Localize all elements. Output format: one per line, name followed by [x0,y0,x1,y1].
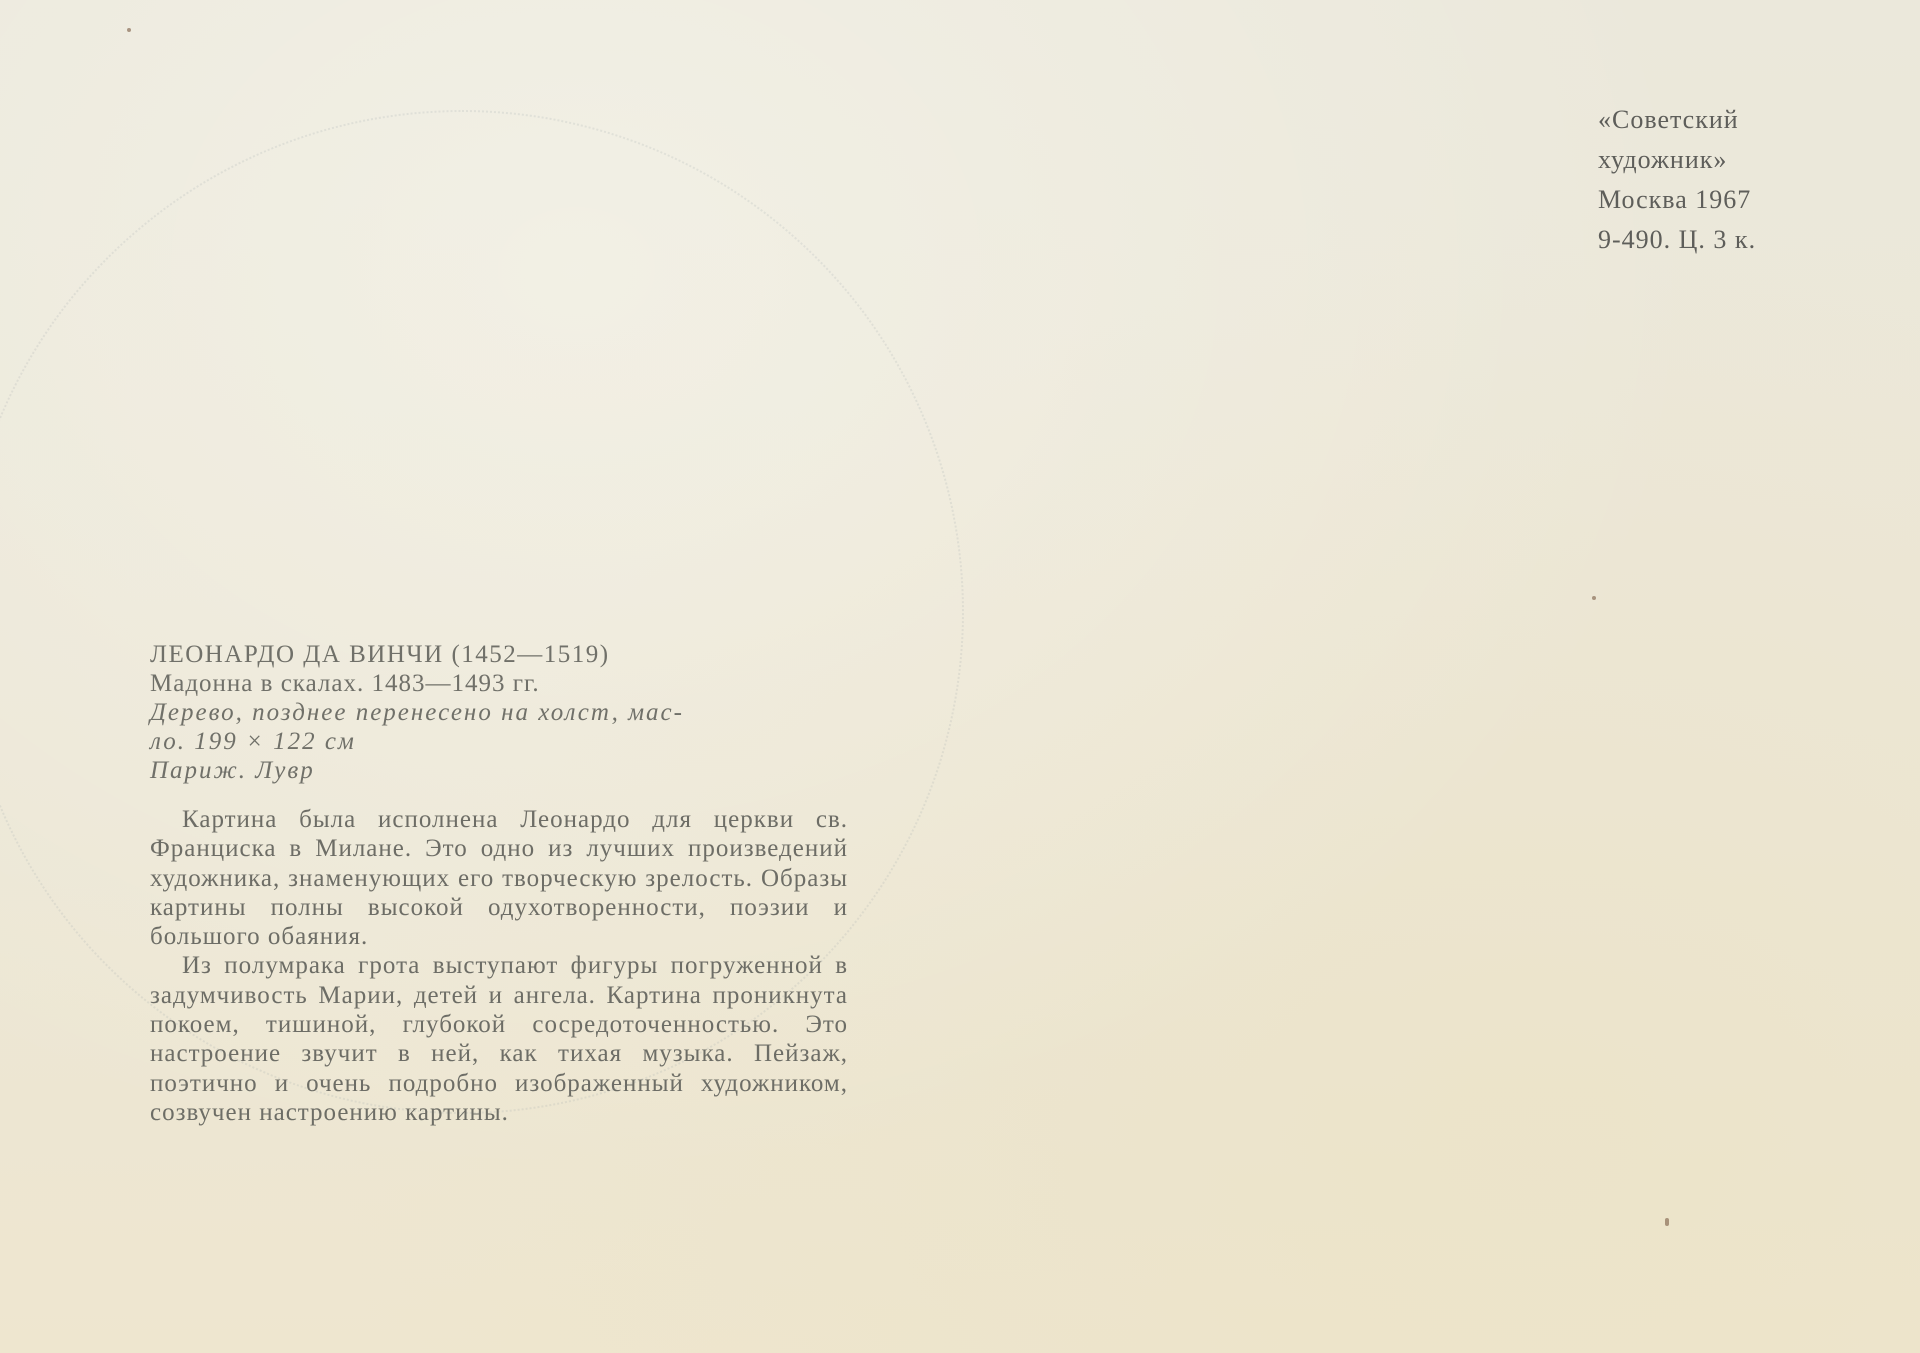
publisher-block: «Советский художник» Москва 1967 9-490. … [1598,100,1756,260]
artwork-description: Картина была исполнена Леонардо для церк… [150,805,848,1127]
publisher-catalog-price: 9-490. Ц. 3 к. [1598,220,1756,260]
artist-name: ЛЕОНАРДО ДА ВИНЧИ (1452—1519) [150,640,850,669]
paper-speck [1665,1218,1669,1226]
publisher-name-line1: «Советский [1598,100,1756,140]
artwork-medium-line1: Дерево, позднее перенесено на холст, мас… [150,698,850,727]
paper-speck [127,28,131,32]
publisher-name-line2: художник» [1598,140,1756,180]
artwork-caption: ЛЕОНАРДО ДА ВИНЧИ (1452—1519) Мадонна в … [150,640,850,785]
description-paragraph: Из полумрака грота выступают фигуры погр… [150,951,848,1127]
description-paragraph: Картина была исполнена Леонардо для церк… [150,805,848,951]
publisher-city-year: Москва 1967 [1598,180,1756,220]
artwork-medium-line2: ло. 199 × 122 см [150,727,850,756]
paper-speck [1592,596,1596,600]
artwork-location: Париж. Лувр [150,756,850,785]
artwork-title: Мадонна в скалах. 1483—1493 гг. [150,669,850,698]
